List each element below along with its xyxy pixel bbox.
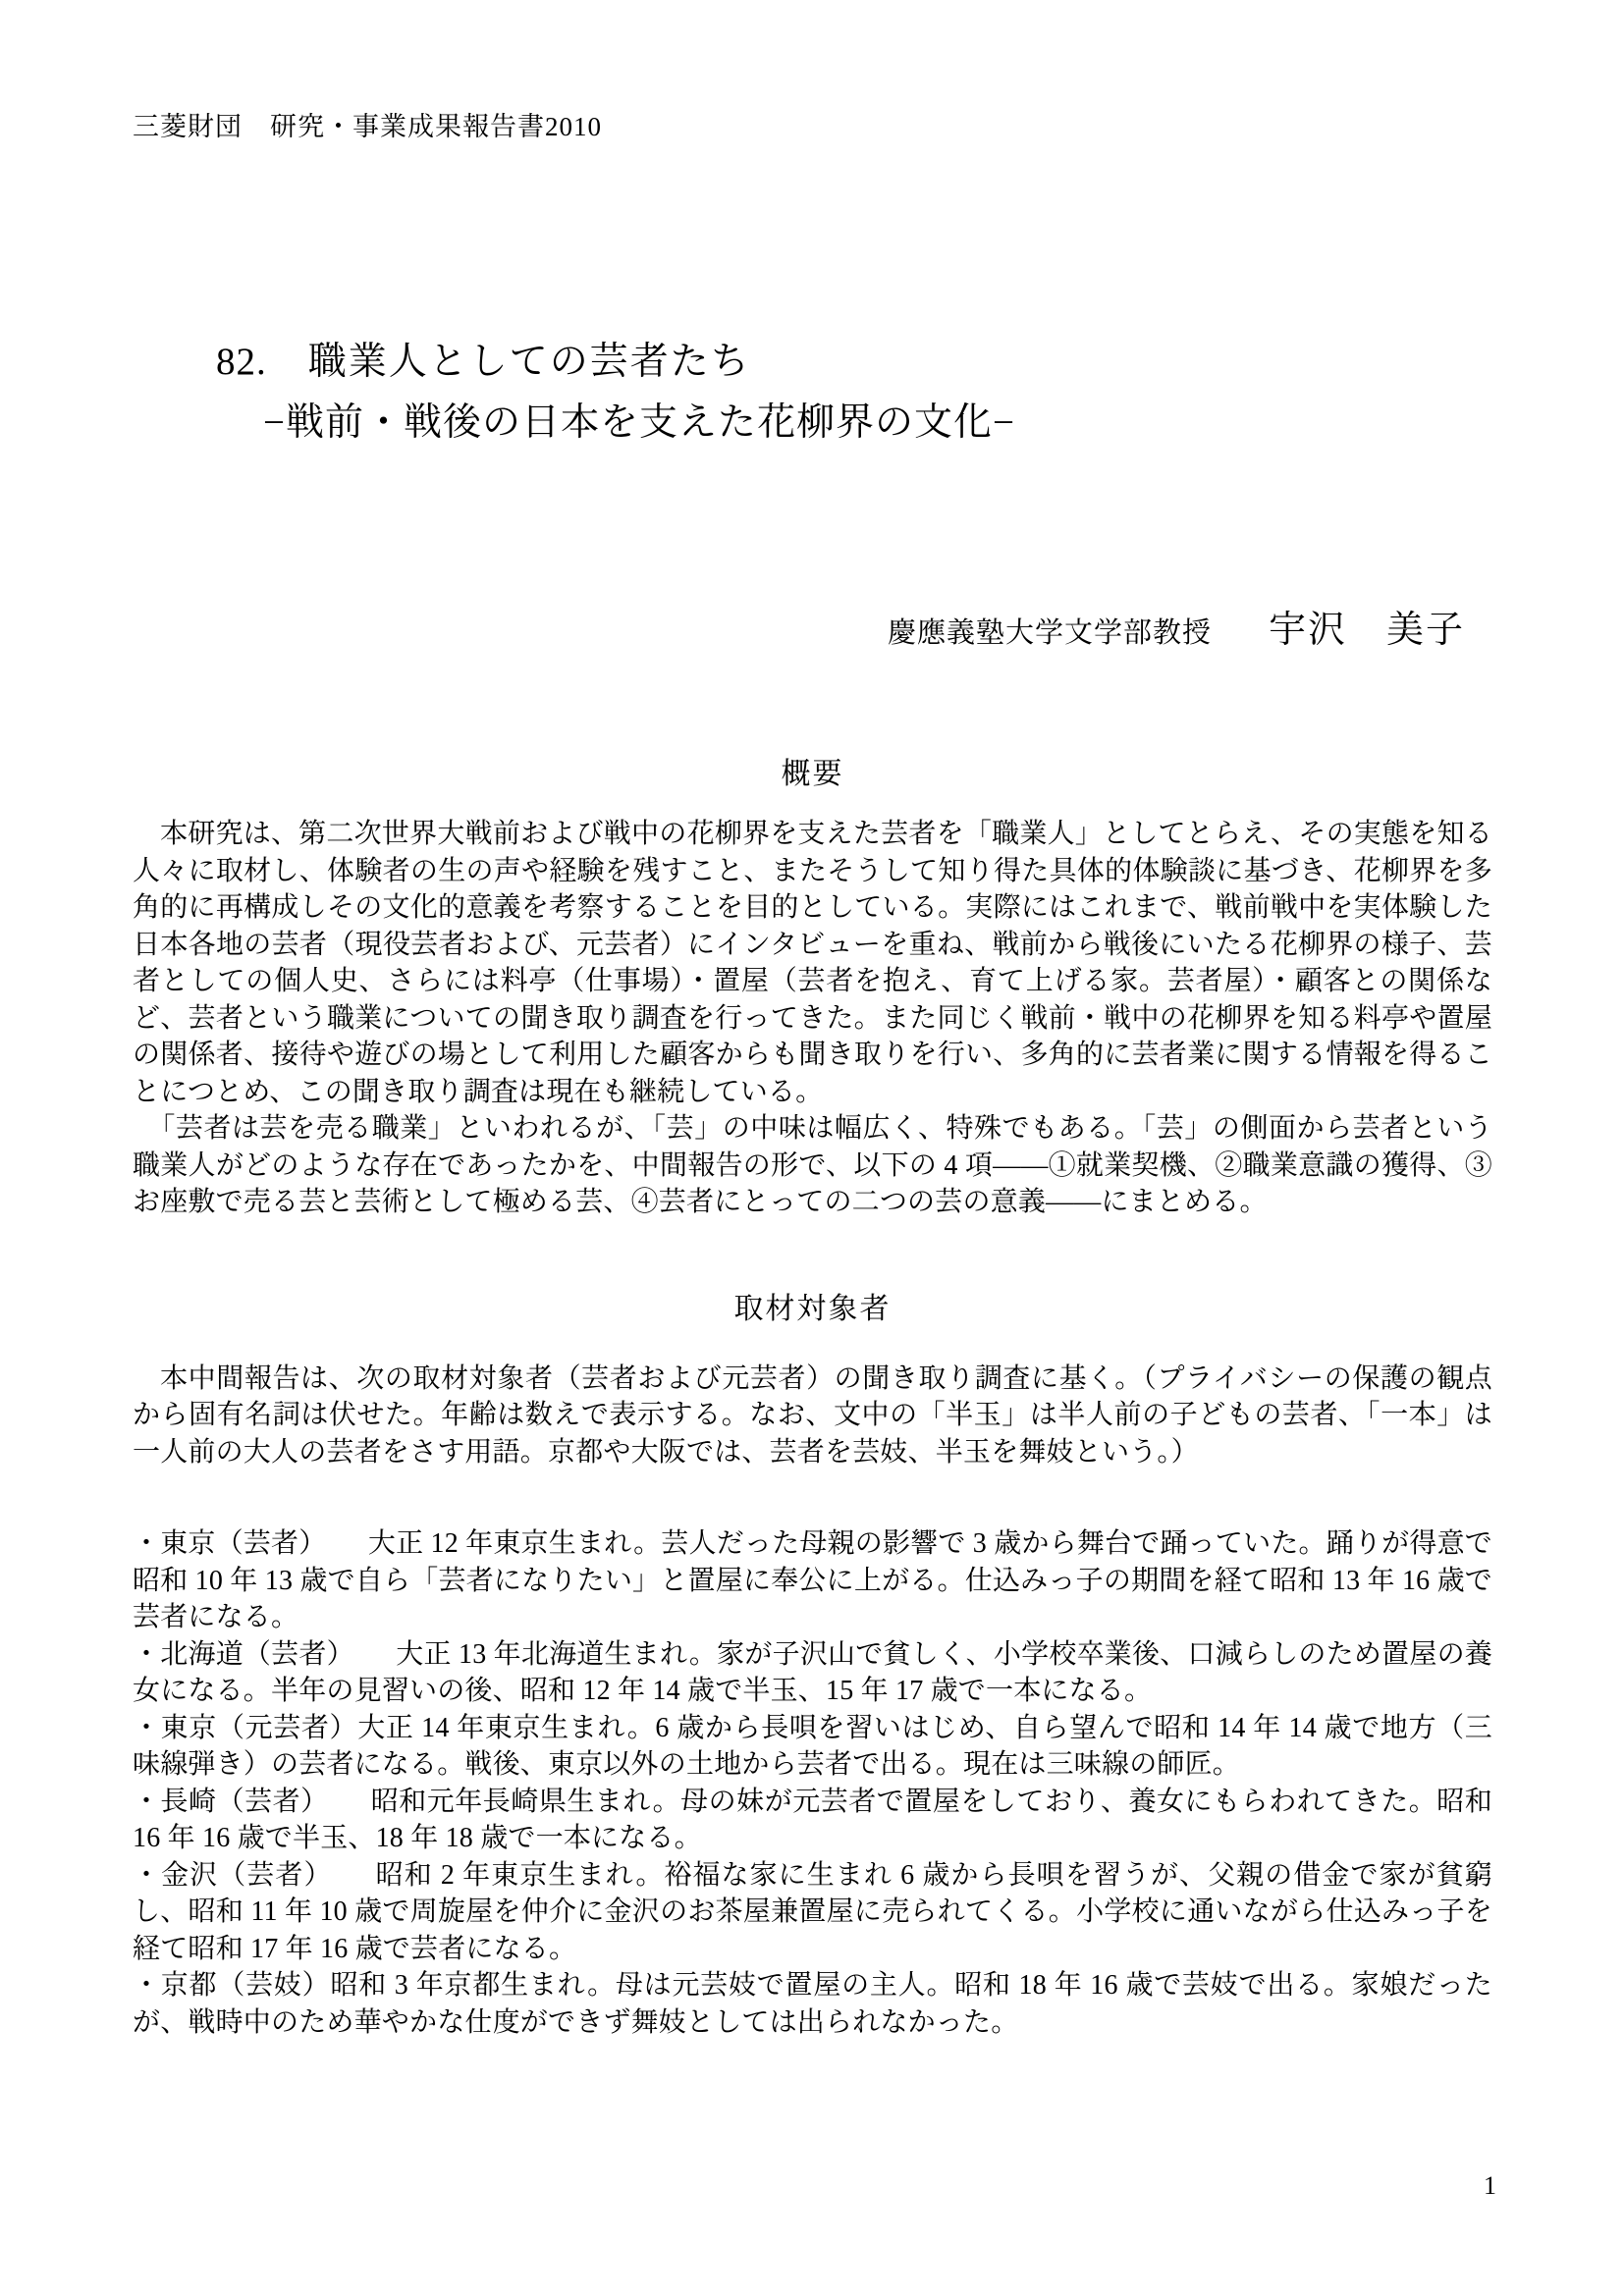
subject-item-kanazawa-geisha: ・金沢（芸者） 昭和 2 年東京生まれ。裕福な家に生まれ 6 歳から長唄を習うが… xyxy=(133,1857,1492,1968)
subject-item-nagasaki-geisha: ・長崎（芸者） 昭和元年長崎県生まれ。母の妹が元芸者で置屋をしており、養女にもら… xyxy=(133,1784,1492,1857)
page-title: 職業人としての芸者たち xyxy=(308,341,751,383)
subject-item-hokkaido-geisha: ・北海道（芸者） 大正 13 年北海道生まれ。家が子沢山で貧しく、小学校卒業後、… xyxy=(133,1636,1492,1710)
section-heading-overview: 概要 xyxy=(133,757,1492,792)
document-page: 三菱財団 研究・事業成果報告書2010 82.職業人としての芸者たち −戦前・戦… xyxy=(0,0,1624,2296)
subject-item-tokyo-geisha: ・東京（芸者） 大正 12 年東京生まれ。芸人だった母親の影響で 3 歳から舞台… xyxy=(133,1525,1492,1636)
subjects-intro: 本中間報告は、次の取材対象者（芸者および元芸者）の聞き取り調査に基く。（プライバ… xyxy=(133,1361,1492,1471)
author-line: 慶應義塾大学文学部教授 宇沢 美子 xyxy=(133,599,1465,653)
report-header: 三菱財団 研究・事業成果報告書2010 xyxy=(133,110,1492,143)
author-affiliation: 慶應義塾大学文学部教授 xyxy=(888,611,1212,651)
subject-item-kyoto-geiko: ・京都（芸妓）昭和 3 年京都生まれ。母は元芸妓で置屋の主人。昭和 18 年 1… xyxy=(133,1967,1492,2041)
author-name: 宇沢 美子 xyxy=(1269,599,1465,653)
title-number: 82. xyxy=(216,332,267,393)
overview-paragraph-2: 「芸者は芸を売る職業」といわれるが、「芸」の中味は幅広く、特殊でもある。「芸」の… xyxy=(133,1110,1492,1221)
overview-paragraph-1: 本研究は、第二次世界大戦前および戦中の花柳界を支えた芸者を「職業人」としてとらえ… xyxy=(133,816,1492,1110)
title-block: 82.職業人としての芸者たち −戦前・戦後の日本を支えた花柳界の文化− xyxy=(216,332,1492,454)
subject-item-tokyo-former-geisha: ・東京（元芸者）大正 14 年東京生まれ。6 歳から長唄を習いはじめ、自ら望んで… xyxy=(133,1710,1492,1784)
subject-list: ・東京（芸者） 大正 12 年東京生まれ。芸人だった母親の影響で 3 歳から舞台… xyxy=(133,1525,1492,2041)
title-line: 82.職業人としての芸者たち xyxy=(216,332,1492,393)
page-subtitle: −戦前・戦後の日本を支えた花柳界の文化− xyxy=(263,393,1492,454)
page-number: 1 xyxy=(1484,2171,1496,2201)
section-heading-subjects: 取材対象者 xyxy=(133,1292,1492,1327)
